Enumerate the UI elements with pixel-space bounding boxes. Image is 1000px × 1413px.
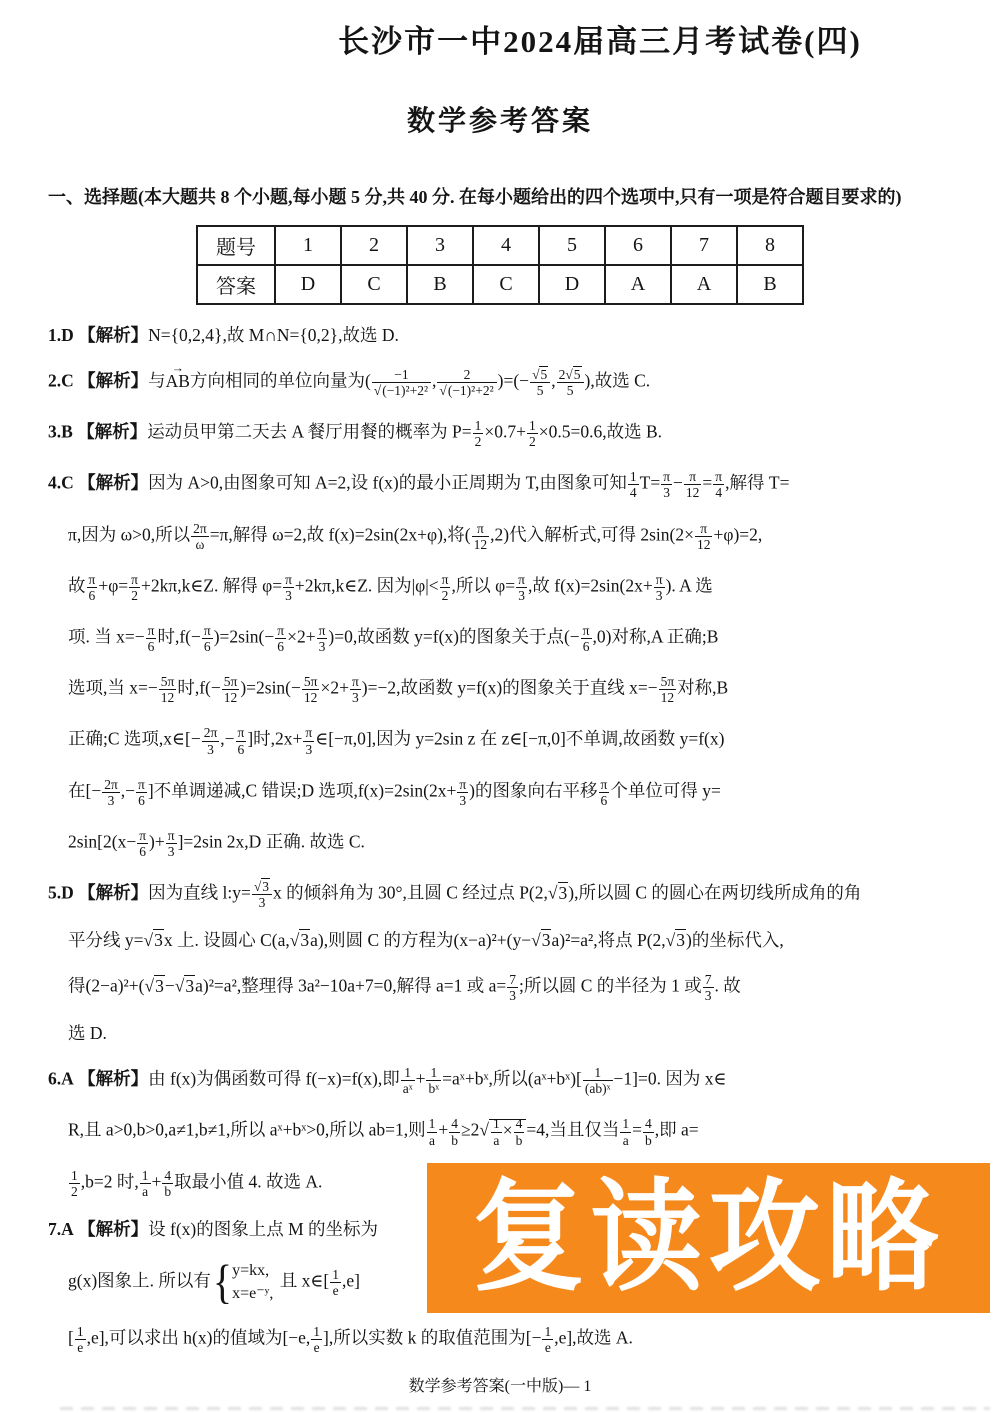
page-footer: 数学参考答案(一中版)— 1 [48, 1373, 952, 1396]
answer-cell: A [671, 265, 737, 304]
solution-line: 4.C 【解析】因为 A>0,由图象可知 A=2,设 f(x)的最小正周期为 T… [48, 459, 952, 510]
solution-line: 6.A 【解析】由 f(x)为偶函数可得 f(−x)=f(x),即1aˣ+1bˣ… [48, 1055, 952, 1106]
question-number-cell: 3 [407, 226, 473, 265]
question-number-cell: 1 [275, 226, 341, 265]
solution-line: R,且 a>0,b>0,a≠1,b≠1,所以 aˣ+bˣ>0,所以 ab=1,则… [48, 1106, 952, 1157]
page-subtitle: 数学参考答案 [48, 99, 952, 139]
answer-cell: D [275, 265, 341, 304]
question-number-cell: 6 [605, 226, 671, 265]
answer-row: 答案 D C B C D A A B [197, 265, 803, 304]
solution-line: 2sin[2(x−π6)+π3]=2sin 2x,D 正确. 故选 C. [48, 818, 952, 869]
solution-line: 正确;C 选项,x∈[−2π3,−π6]时,2x+π3∈[−π,0],因为 y=… [48, 715, 952, 766]
question-number-cell: 7 [671, 226, 737, 265]
solution-line: 选 D. [48, 1013, 952, 1055]
section-heading: 一、选择题(本大题共 8 个小题,每小题 5 分,共 40 分. 在每小题给出的… [48, 183, 952, 209]
solution-line: 得(2−a)²+(√3−√3a)²=a²,整理得 3a²−10a+7=0,解得 … [48, 962, 952, 1013]
section-heading-detail: (本大题共 8 个小题,每小题 5 分,共 40 分. 在每小题给出的四个选项中… [138, 187, 901, 207]
solution-line: 选项,当 x=−5π12时,f(−5π12)=2sin(−5π12×2+π3)=… [48, 664, 952, 715]
question-number-cell: 4 [473, 226, 539, 265]
section-heading-lead: 一、选择题 [48, 187, 138, 207]
question-number-cell: 2 [341, 226, 407, 265]
answer-label: 答案 [197, 265, 275, 304]
promo-banner: 复读攻略 [427, 1163, 990, 1313]
solution-line: 项. 当 x=−π6时,f(−π6)=2sin(−π6×2+π3)=0,故函数 … [48, 613, 952, 664]
answer-table: 题号 1 2 3 4 5 6 7 8 答案 D C B C D [196, 225, 804, 305]
question-number-cell: 8 [737, 226, 803, 265]
solution-4: 4.C 【解析】因为 A>0,由图象可知 A=2,设 f(x)的最小正周期为 T… [48, 459, 952, 869]
solution-line: 平分线 y=√3x 上. 设圆心 C(a,√3a),则圆 C 的方程为(x−a)… [48, 920, 952, 962]
solution-line: 在[−2π3,−π6]不单调递减,C 错误;D 选项,f(x)=2sin(2x+… [48, 767, 952, 818]
answer-cell: B [737, 265, 803, 304]
solution-line: 3.B 【解析】运动员甲第二天去 A 餐厅用餐的概率为 P=12×0.7+12×… [48, 408, 952, 459]
page-title: 长沙市一中2024届高三月考试卷(四) [148, 16, 1000, 61]
solution-3: 3.B 【解析】运动员甲第二天去 A 餐厅用餐的概率为 P=12×0.7+12×… [48, 408, 952, 459]
solution-line: 故π6+φ=π2+2kπ,k∈Z. 解得 φ=π3+2kπ,k∈Z. 因为|φ|… [48, 562, 952, 613]
scan-noise-line [60, 1407, 990, 1410]
solution-2: 2.C 【解析】与AB方向相同的单位向量为(−1√(−1)²+2²,2√(−1)… [48, 357, 952, 408]
answer-cell: D [539, 265, 605, 304]
solution-line: 5.D 【解析】因为直线 l:y=√33x 的倾斜角为 30°,且圆 C 经过点… [48, 869, 952, 920]
promo-banner-text: 复读攻略 [473, 1178, 945, 1299]
answer-cell: B [407, 265, 473, 304]
question-number-label: 题号 [197, 226, 275, 265]
solution-line: [1e,e],可以求出 h(x)的值域为[−e,1e],所以实数 k 的取值范围… [48, 1314, 952, 1365]
solution-1: 1.D 【解析】N={0,2,4},故 M∩N={0,2},故选 D. [48, 315, 952, 357]
answer-sheet-page: 长沙市一中2024届高三月考试卷(四) 数学参考答案 一、选择题(本大题共 8 … [0, 0, 1000, 1413]
answer-cell: C [341, 265, 407, 304]
question-number-row: 题号 1 2 3 4 5 6 7 8 [197, 226, 803, 265]
question-number-cell: 5 [539, 226, 605, 265]
answer-cell: A [605, 265, 671, 304]
answer-cell: C [473, 265, 539, 304]
solution-line: π,因为 ω>0,所以2πω=π,解得 ω=2,故 f(x)=2sin(2x+φ… [48, 511, 952, 562]
solution-line: 1.D 【解析】N={0,2,4},故 M∩N={0,2},故选 D. [48, 315, 952, 357]
solution-line: 2.C 【解析】与AB方向相同的单位向量为(−1√(−1)²+2²,2√(−1)… [48, 357, 952, 408]
solution-5: 5.D 【解析】因为直线 l:y=√33x 的倾斜角为 30°,且圆 C 经过点… [48, 869, 952, 1055]
